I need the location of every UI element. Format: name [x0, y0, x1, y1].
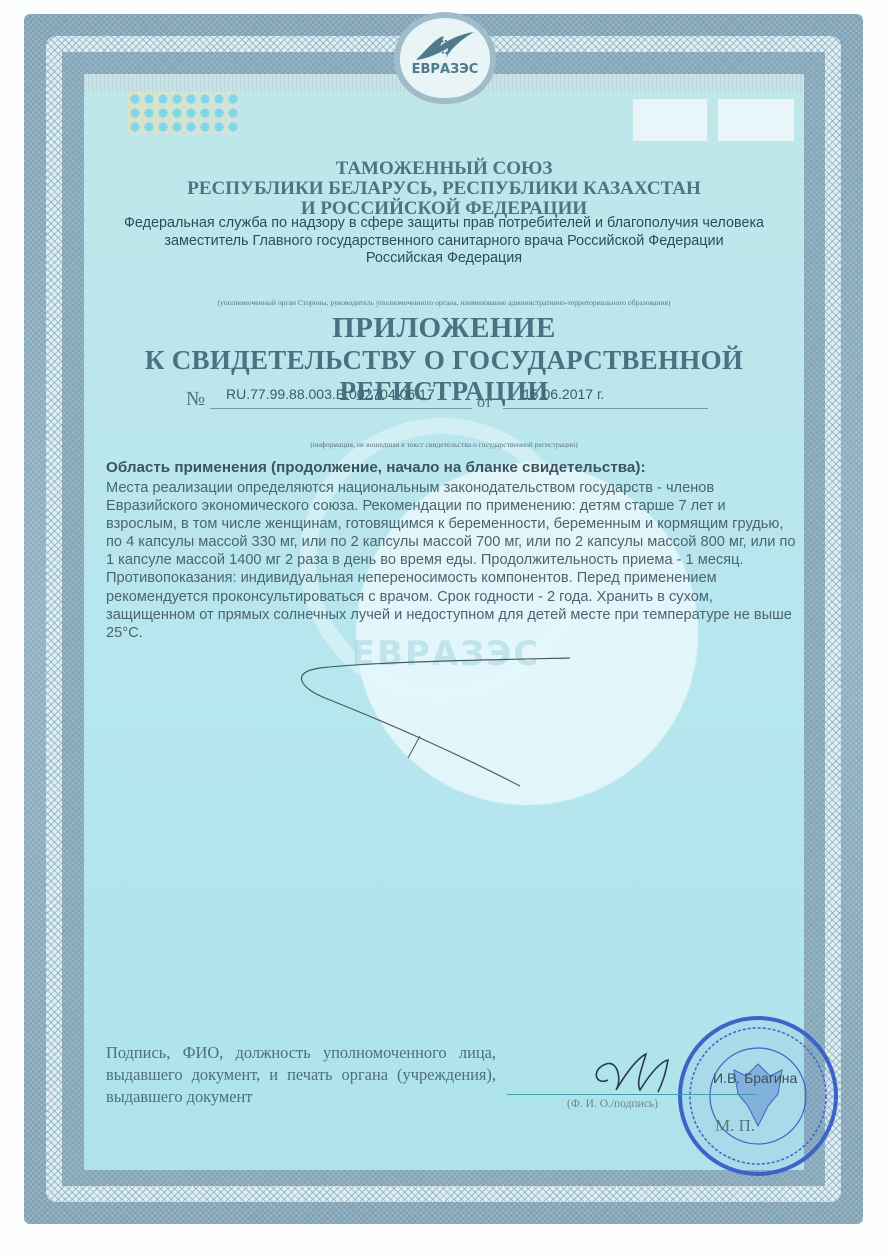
registration-number: RU.77.99.88.003.E.002704.06.17: [226, 386, 435, 402]
cancellation-scrawl: [280, 640, 600, 790]
section-body: Места реализации определяются национальн…: [106, 479, 796, 642]
official-seal-icon: [676, 1014, 840, 1178]
signer-name: И.В. Брагина: [713, 1070, 797, 1086]
hologram-patch: [128, 92, 238, 134]
agency-line3: Российская Федерация: [84, 249, 804, 267]
union-heading-line1: ТАМОЖЕННЫЙ СОЮЗ: [84, 158, 804, 179]
info-note: (информация, не вошедшая в текст свидете…: [84, 440, 804, 449]
eurasec-emblem: ЕВРАЗЭС: [390, 4, 500, 104]
number-sign: №: [186, 388, 205, 411]
seal-mark: М. П.: [715, 1116, 755, 1136]
registration-row: № RU.77.99.88.003.E.002704.06.17 от 15.0…: [180, 384, 720, 412]
union-heading-line2: РЕСПУБЛИКИ БЕЛАРУСЬ, РЕСПУБЛИКИ КАЗАХСТА…: [84, 178, 804, 199]
date-underline: [503, 408, 708, 409]
signature-label: Подпись, ФИО, должность уполномоченного …: [106, 1042, 496, 1108]
signature-line: [507, 1094, 757, 1095]
signature-caption: (Ф. И. О./подпись): [567, 1098, 658, 1110]
eurasec-emblem-icon: [414, 32, 476, 62]
emblem-text: ЕВРАЗЭС: [390, 62, 500, 77]
agency-line2: заместитель Главного государственного са…: [84, 232, 804, 250]
registration-date: 15.06.2017 г.: [523, 386, 604, 402]
handwritten-signature: [588, 1050, 718, 1094]
authority-note: (уполномоченный орган Стороны, руководит…: [84, 298, 804, 307]
security-patch-right: [718, 99, 794, 141]
agency-line1: Федеральная служба по надзору в сфере за…: [84, 214, 804, 232]
section-title: Область применения (продолжение, начало …: [106, 459, 796, 476]
number-underline: [210, 408, 472, 409]
from-label: от: [477, 394, 492, 412]
scope-section: Область применения (продолжение, начало …: [106, 459, 796, 642]
security-patch-left: [633, 99, 707, 141]
document-title: ПРИЛОЖЕНИЕ: [84, 312, 804, 345]
